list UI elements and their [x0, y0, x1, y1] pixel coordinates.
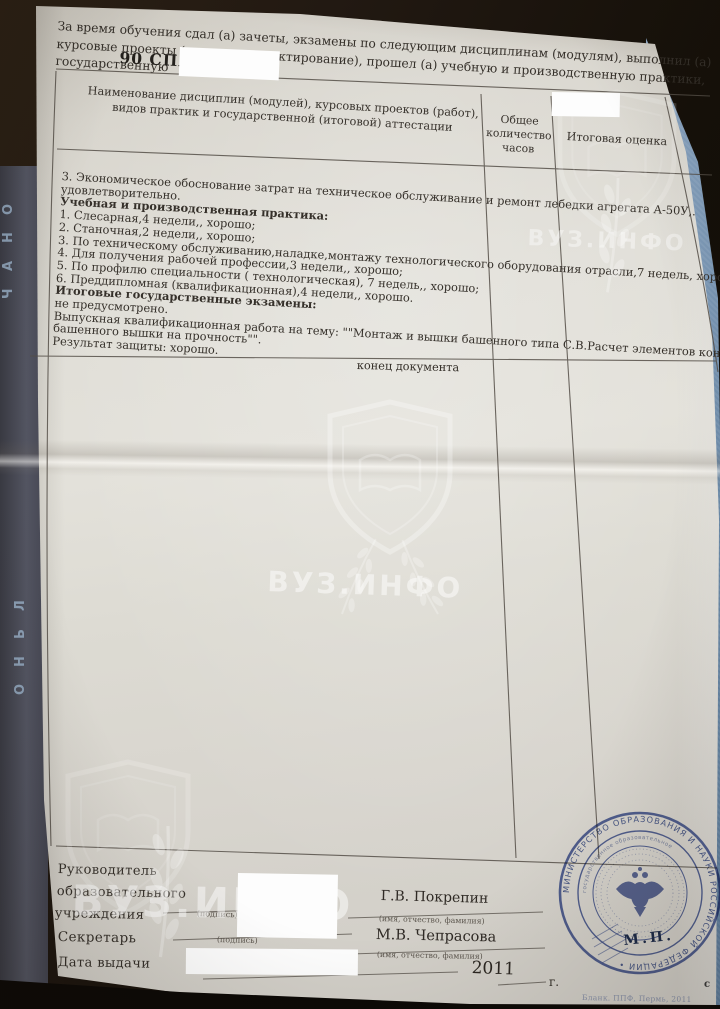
- end-of-document-marker: конец документа: [357, 359, 460, 374]
- document-photo: О Н А Ч Л Ь Н О: [0, 0, 720, 1009]
- secretary-name-caption: (имя, отчество, фамилия): [377, 950, 483, 961]
- redaction-box-signature: [237, 873, 338, 939]
- head-role-line3: учреждения: [55, 906, 145, 923]
- table-header-col2: Общее количество часов: [485, 112, 553, 158]
- redaction-box-header: [552, 92, 620, 117]
- official-seal: МИНИСТЕРСТВО ОБРАЗОВАНИЯ И НАУКИ РОССИЙС…: [554, 807, 720, 979]
- redaction-box-date: [186, 948, 358, 976]
- seal-hatch-patch: [592, 924, 628, 963]
- secretary-role: Секретарь: [58, 929, 137, 946]
- redaction-box-code: [179, 47, 280, 80]
- stray-character: с: [704, 979, 710, 990]
- issue-year: 2011: [471, 958, 515, 979]
- head-signature-caption: (подпись): [197, 909, 238, 919]
- head-role-line1: Руководитель: [58, 862, 157, 879]
- table-left-border: [47, 71, 56, 846]
- secretary-name: М.В. Чепрасова: [376, 927, 497, 946]
- table-header-bottom-border: [57, 149, 712, 175]
- head-role-line2: образовательного: [57, 884, 187, 902]
- head-name: Г.В. Покрепин: [381, 888, 489, 907]
- seal-eagle-emblem: [616, 867, 664, 917]
- blank-imprint: Бланк. ППФ, Пермь, 2011: [582, 993, 692, 1004]
- issue-date-label: Дата выдачи: [58, 955, 151, 972]
- issue-year-line: [498, 982, 546, 985]
